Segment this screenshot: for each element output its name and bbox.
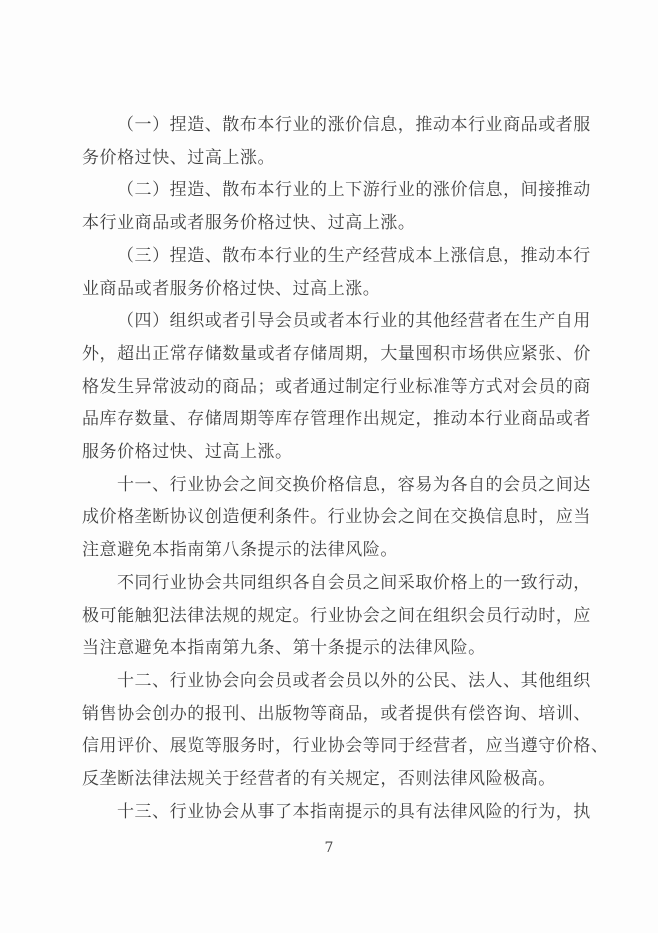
text-line: 服务价格过快、过高上涨。 [82, 436, 596, 469]
text-line: 注意避免本指南第八条提示的法律风险。 [82, 534, 596, 567]
text-line: 极可能触犯法律法规的规定。行业协会之间在组织会员行动时，应 [82, 600, 596, 633]
text-line: 务价格过快、过高上涨。 [82, 142, 596, 175]
page-body: （一）捏造、散布本行业的涨价信息，推动本行业商品或者服 务价格过快、过高上涨。 … [82, 109, 596, 828]
text-line: 不同行业协会共同组织各自会员之间采取价格上的一致行动， [82, 567, 596, 600]
text-line: 格发生异常波动的商品；或者通过制定行业标准等方式对会员的商 [82, 371, 596, 404]
page-number: 7 [0, 838, 658, 858]
text-line: （二）捏造、散布本行业的上下游行业的涨价信息，间接推动 [82, 174, 596, 207]
text-line: 成价格垄断协议创造便利条件。行业协会之间在交换信息时，应当 [82, 501, 596, 534]
text-line: （一）捏造、散布本行业的涨价信息，推动本行业商品或者服 [82, 109, 596, 142]
text-line: 十三、行业协会从事了本指南提示的具有法律风险的行为，执 [82, 796, 596, 829]
text-line: 销售协会创办的报刊、出版物等商品，或者提供有偿咨询、培训、 [82, 698, 596, 731]
text-line: 本行业商品或者服务价格过快、过高上涨。 [82, 207, 596, 240]
text-line: （三）捏造、散布本行业的生产经营成本上涨信息，推动本行 [82, 240, 596, 273]
text-line: 业商品或者服务价格过快、过高上涨。 [82, 273, 596, 306]
text-line: 品库存数量、存储周期等库存管理作出规定，推动本行业商品或者 [82, 403, 596, 436]
text-line: 信用评价、展览等服务时，行业协会等同于经营者，应当遵守价格、 [82, 730, 596, 763]
text-line: 当注意避免本指南第九条、第十条提示的法律风险。 [82, 632, 596, 665]
text-line: 外，超出正常存储数量或者存储周期，大量囤积市场供应紧张、价 [82, 338, 596, 371]
document-page: （一）捏造、散布本行业的涨价信息，推动本行业商品或者服 务价格过快、过高上涨。 … [0, 0, 658, 933]
text-line: 反垄断法律法规关于经营者的有关规定，否则法律风险极高。 [82, 763, 596, 796]
text-line: 十二、行业协会向会员或者会员以外的公民、法人、其他组织 [82, 665, 596, 698]
text-line: （四）组织或者引导会员或者本行业的其他经营者在生产自用 [82, 305, 596, 338]
text-line: 十一、行业协会之间交换价格信息，容易为各自的会员之间达 [82, 469, 596, 502]
